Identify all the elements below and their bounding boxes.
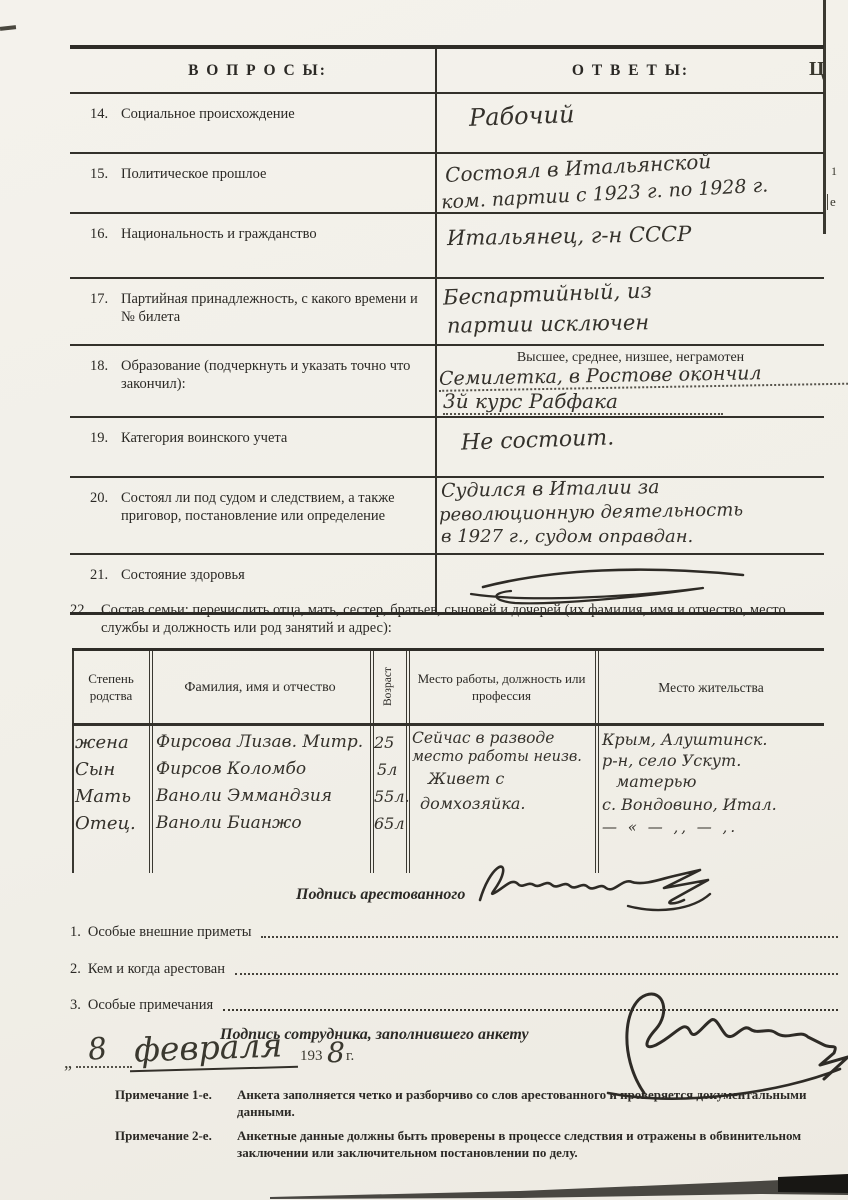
col-header-work: Место работы, должность или профессия — [410, 651, 593, 723]
note-1-text: Анкета заполняется четко и разборчиво со… — [237, 1086, 815, 1120]
family-table-header-rule — [72, 723, 824, 726]
question-number: 15. — [90, 165, 114, 212]
date-open-quote: „ — [64, 1052, 72, 1073]
name-entry: Ваноли Эммандзия — [156, 783, 396, 810]
questionnaire-page: Ц 1 е В О П Р О С Ы: О Т В Е Т Ы: 14. Со… — [0, 0, 848, 1200]
work-entry: место работы неизв. — [412, 748, 612, 766]
note-2: Примечание 2-е. Анкетные данные должны б… — [115, 1127, 815, 1161]
questions-header: В О П Р О С Ы: — [90, 62, 425, 80]
qa-header-row: В О П Р О С Ы: О Т В Е Т Ы: — [70, 49, 824, 94]
date-year-printed: 193 — [300, 1048, 323, 1065]
answers-header: О Т В Е Т Ы: — [437, 62, 824, 80]
date-year-suffix: г. — [346, 1048, 354, 1065]
note-2-label: Примечание 2-е. — [115, 1127, 227, 1161]
date-year-digit-handwritten: 8 — [327, 1036, 345, 1069]
question-text: Национальность и гражданство — [121, 225, 317, 277]
scan-artifact-edge-fragment-top: 1 — [831, 164, 837, 179]
answer-handwriting: партии исключен — [447, 310, 650, 338]
question-row-17: 17. Партийная принадлежность, с какого в… — [70, 279, 824, 346]
question-row-18: 18. Образование (подчеркнуть и указать т… — [70, 346, 824, 418]
answer-handwriting: 3й курс Рабфака — [443, 389, 723, 415]
residence-entries: Крым, Алуштинск. р-н, село Ускут. матерь… — [602, 729, 832, 838]
relation-entry: Отец. — [75, 810, 149, 837]
age-entry: 25 — [374, 729, 408, 756]
residence-entry: — « — ,, — ,. — [602, 816, 832, 838]
item-label: Особые примечания — [88, 997, 213, 1014]
age-entry: 55л. — [374, 783, 408, 810]
answer-handwriting: в 1927 г., судом оправдан. — [441, 526, 693, 547]
col-header-age: Возраст — [372, 651, 405, 723]
relation-entry: Сын — [75, 756, 149, 783]
name-entry: Фирсов Коломбо — [156, 756, 396, 783]
age-entry: 5л — [374, 756, 408, 783]
question-number: 17. — [90, 290, 114, 344]
residence-entry: с. Вондовино, Итал. — [602, 793, 832, 816]
question-number: 20. — [90, 489, 114, 553]
notes-block: Примечание 1-е. Анкета заполняется четко… — [115, 1086, 815, 1161]
residence-entry: матерью — [616, 771, 832, 793]
family-table: Степень родства Фамилия, имя и отчество … — [72, 648, 824, 873]
question-number: 18. — [90, 357, 114, 416]
relation-entry: Мать — [75, 783, 149, 810]
officer-signature — [600, 985, 848, 1100]
age-entry: 65л — [374, 810, 408, 837]
col-header-name: Фамилия, имя и отчество — [152, 651, 368, 723]
dotted-line — [235, 959, 838, 975]
answer-handwriting: Не состоит. — [461, 425, 615, 455]
work-entries: Сейчас в разводе место работы неизв. Жив… — [412, 729, 612, 817]
answer-handwriting: Итальянец, г-н СССР — [447, 222, 692, 250]
family-intro-text: Состав семьи: перечислить отца, мать, се… — [101, 602, 822, 637]
question-row-19: 19. Категория воинского учета Не состоит… — [70, 418, 824, 478]
question-number: 22. — [70, 602, 94, 637]
scan-artifact-top-left-dash — [0, 25, 16, 31]
question-row-14: 14. Социальное происхождение Рабочий — [70, 94, 824, 154]
note-2-text: Анкетные данные должны быть проверены в … — [237, 1127, 815, 1161]
question-text: Образование (подчеркнуть и указать точно… — [121, 357, 425, 416]
name-entry: Ваноли Бианжо — [156, 810, 396, 837]
col-header-relation: Степень родства — [74, 651, 148, 723]
scan-artifact-bottom-shadow — [0, 1168, 848, 1200]
answer-handwriting: революционную деятельность — [439, 499, 743, 525]
question-text: Политическое прошлое — [121, 165, 266, 212]
scan-artifact-edge-fragment-bottom: е — [827, 194, 836, 210]
family-intro: 22. Состав семьи: перечислить отца, мать… — [70, 602, 822, 637]
item-number: 1. — [70, 924, 81, 941]
note-1: Примечание 1-е. Анкета заполняется четко… — [115, 1086, 815, 1120]
question-row-15: 15. Политическое прошлое Состоял в Италь… — [70, 154, 824, 214]
relation-entries: жена Сын Мать Отец. — [75, 729, 149, 837]
residence-entry: Крым, Алуштинск. — [602, 729, 832, 750]
question-text: Состоял ли под судом и следствием, а так… — [121, 489, 425, 553]
dotted-line — [261, 922, 838, 938]
answer-handwriting: Рабочий — [469, 100, 575, 132]
question-number: 14. — [90, 105, 114, 152]
arrested-signature-label: Подпись арестованного — [296, 886, 465, 904]
question-row-20: 20. Состоял ли под судом и следствием, а… — [70, 478, 824, 555]
col-header-residence: Место жительства — [598, 651, 824, 723]
item-arrested-by: 2. Кем и когда арестован — [70, 959, 838, 978]
note-1-label: Примечание 1-е. — [115, 1086, 227, 1120]
work-entry: домхозяйка. — [420, 791, 612, 817]
item-label: Кем и когда арестован — [88, 961, 225, 978]
date-month-handwritten: февраля — [133, 1025, 283, 1069]
question-text: Социальное происхождение — [121, 105, 295, 152]
work-entry: Сейчас в разводе — [412, 729, 612, 748]
arrested-signature — [468, 848, 748, 918]
age-entries: 25 5л 55л. 65л — [374, 729, 408, 837]
question-number: 19. — [90, 429, 114, 476]
date-day-handwritten: 8 — [86, 1031, 109, 1068]
residence-entry: р-н, село Ускут. — [602, 750, 832, 771]
answer-handwriting: Беспартийный, из — [443, 278, 653, 309]
name-entries: Фирсова Лизав. Митр. Фирсов Коломбо Вано… — [156, 729, 396, 837]
relation-entry: жена — [75, 729, 149, 756]
question-text: Категория воинского учета — [121, 429, 287, 476]
question-number: 16. — [90, 225, 114, 277]
item-label: Особые внешние приметы — [88, 924, 252, 941]
qa-table: В О П Р О С Ы: О Т В Е Т Ы: 14. Социальн… — [70, 45, 824, 615]
work-entry: Живет с — [428, 766, 612, 791]
item-number: 2. — [70, 961, 81, 978]
health-dash-mark — [463, 561, 773, 607]
item-number: 3. — [70, 997, 81, 1014]
question-row-16: 16. Национальность и гражданство Итальян… — [70, 214, 824, 279]
answer-handwriting: Судился в Италии за — [441, 476, 660, 502]
question-text: Партийная принадлежность, с какого време… — [121, 290, 425, 344]
name-entry: Фирсова Лизав. Митр. — [156, 729, 396, 756]
item-special-marks: 1. Особые внешние приметы — [70, 922, 838, 941]
